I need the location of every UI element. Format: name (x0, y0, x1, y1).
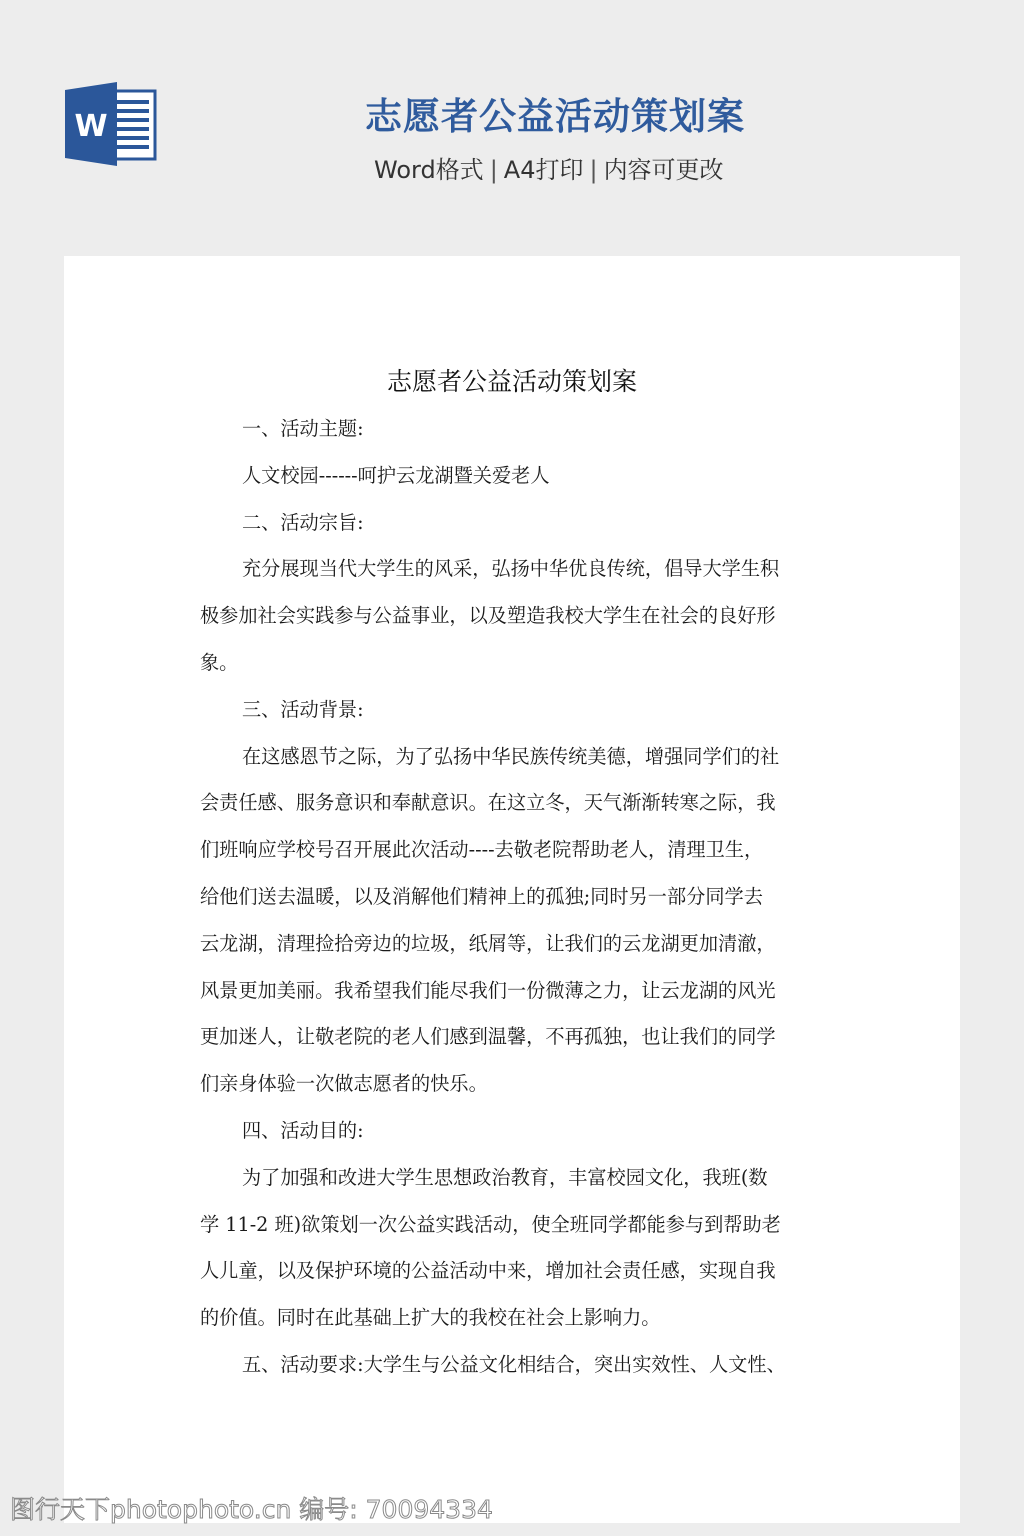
paragraph-line: 们班响应学校号召开展此次活动----去敬老院帮助老人，清理卫生， (200, 827, 826, 874)
paragraph-line: 风景更加美丽。我希望我们能尽我们一份微薄之力，让云龙湖的风光 (200, 968, 826, 1015)
paragraph-line: 充分展现当代大学生的风采，弘扬中华优良传统，倡导大学生积 (200, 546, 826, 593)
section-heading-purpose: 二、活动宗旨: (200, 500, 826, 547)
section-heading-background: 三、活动背景: (200, 687, 826, 734)
paragraph-line: 人儿童，以及保护环境的公益活动中来，增加社会责任感，实现自我 (200, 1248, 826, 1295)
paragraph-line: 极参加社会实践参与公益事业，以及塑造我校大学生在社会的良好形 (200, 593, 826, 640)
paragraph-line: 为了加强和改进大学生思想政治教育，丰富校园文化，我班(数 (200, 1155, 826, 1202)
paragraph-line: 给他们送去温暖，以及消解他们精神上的孤独;同时另一部分同学去 (200, 874, 826, 921)
section-heading-theme: 一、活动主题: (200, 406, 826, 453)
paragraph-line: 更加迷人，让敬老院的老人们感到温馨，不再孤独，也让我们的同学 (200, 1014, 826, 1061)
subtitle-separator: | (490, 156, 498, 184)
paragraph-line: 的价值。同时在此基础上扩大的我校在社会上影响力。 (200, 1295, 826, 1342)
word-document-icon: W (65, 82, 157, 166)
section-heading-requirements: 五、活动要求:大学生与公益文化相结合，突出实效性、人文性、 (200, 1342, 826, 1389)
paragraph-line: 在这感恩节之际，为了弘扬中华民族传统美德，增强同学们的社 (200, 734, 826, 781)
paragraph-line: 象。 (200, 640, 826, 687)
subtitle-editable: 内容可更改 (604, 156, 724, 184)
theme-text: 人文校园------呵护云龙湖暨关爱老人 (200, 453, 826, 500)
section-heading-goal: 四、活动目的: (200, 1108, 826, 1155)
paragraph-line: 会责任感、服务意识和奉献意识。在这立冬，天气渐渐转寒之际，我 (200, 780, 826, 827)
paragraph-line: 们亲身体验一次做志愿者的快乐。 (200, 1061, 826, 1108)
subtitle-print: A4打印 (504, 156, 584, 184)
subtitle-separator: | (589, 156, 597, 184)
header-subtitle: Word格式|A4打印|内容可更改 (300, 152, 934, 188)
paragraph-line: 学 11-2 班)欲策划一次公益实践活动，使全班同学都能参与到帮助老 (200, 1202, 826, 1249)
document-body: 一、活动主题: 人文校园------呵护云龙湖暨关爱老人 二、活动宗旨: 充分展… (200, 406, 826, 1389)
paragraph-line: 云龙湖，清理捡拾旁边的垃圾，纸屑等，让我们的云龙湖更加清澈， (200, 921, 826, 968)
svg-text:W: W (74, 109, 107, 144)
header-title: 志愿者公益活动策划案 (300, 92, 810, 142)
subtitle-format: Word格式 (374, 156, 484, 184)
document-title: 志愿者公益活动策划案 (0, 362, 1024, 402)
watermark-text: 图行天下photophoto.cn 编号: 70094334 (10, 1490, 493, 1526)
